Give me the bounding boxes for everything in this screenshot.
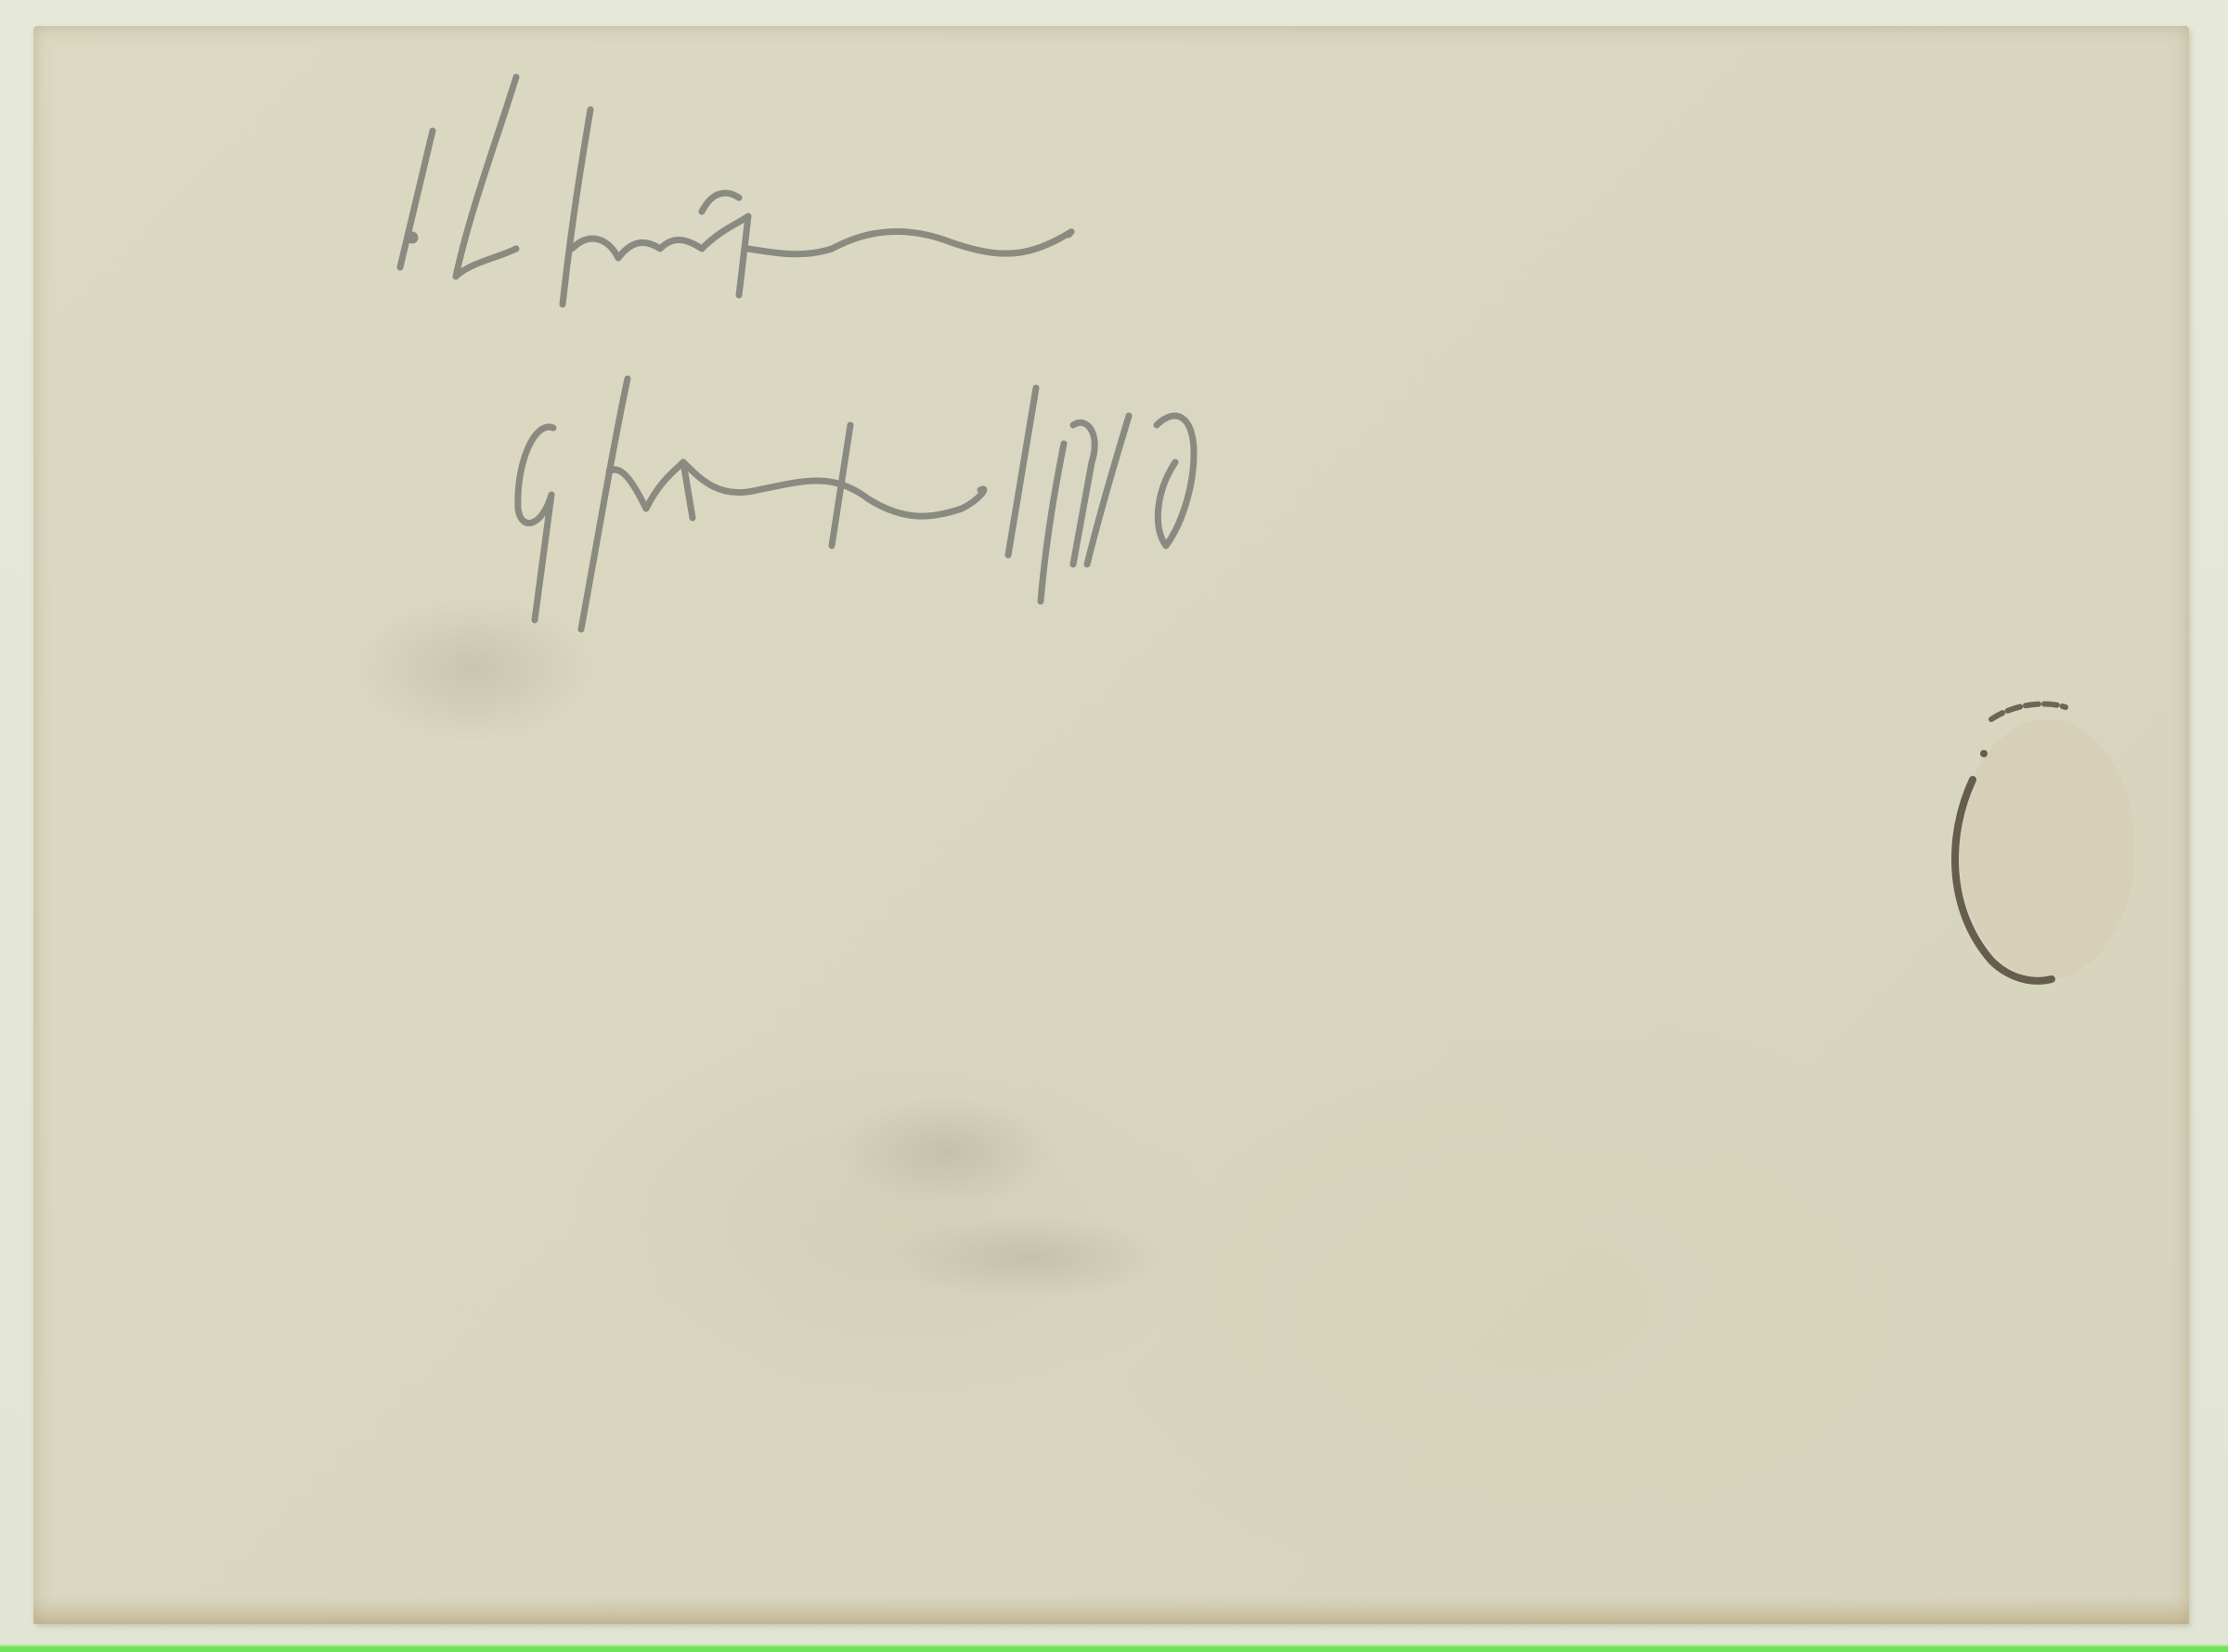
pencil-inscription: L. Lebaestra 9 febr 1898 (33, 26, 2189, 1624)
inscription-line-1: L. Lebaestra (405, 119, 759, 184)
handwriting-strokes (33, 26, 2189, 1624)
inscription-line-2: 9 febr 1898 (498, 416, 826, 481)
scan-border-line (0, 1645, 2228, 1652)
ring-stain (1936, 696, 2149, 998)
